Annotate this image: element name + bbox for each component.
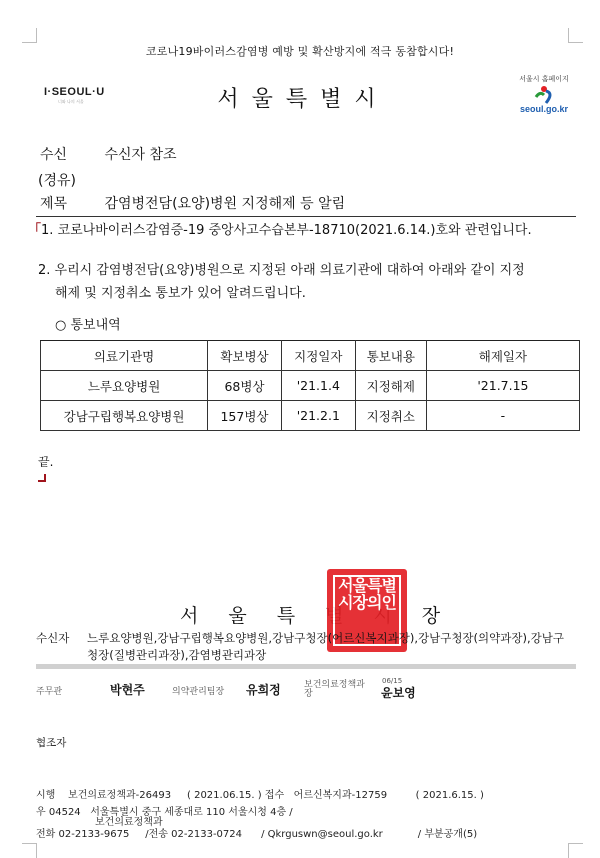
via-row: (경유) <box>38 170 76 190</box>
enforcement-line: 시행 보건의료정책과-26493 ( 2021.06.15. ) 접수 어르신복… <box>36 789 484 803</box>
reviewer-name: 유희정 <box>246 681 281 698</box>
recipient-value: 수신자 참조 <box>104 147 176 163</box>
paragraph-2-line-1: 2. 우리시 감염병전담(요양)병원으로 지정된 아래 의료기관에 대하여 아래… <box>38 260 525 282</box>
approver-name: 윤보영 <box>381 684 416 701</box>
recipients-label: 수신자 <box>36 630 87 647</box>
crop-mark-top-right <box>568 28 583 43</box>
open-bracket-mark: 「 <box>28 223 41 238</box>
table-row: 강남구립행복요양병원 157병상 '21.2.1 지정취소 - <box>41 401 580 431</box>
cell-beds: 157병상 <box>208 401 282 431</box>
crop-mark-bottom-right <box>568 843 583 858</box>
cell-notice: 지정해제 <box>355 371 426 401</box>
section-title: 통보내역 <box>70 318 120 333</box>
close-bracket-mark <box>38 474 46 482</box>
address-line: 우 04524 서울특별시 중구 세종대로 110 서울시청 4층 / <box>36 806 293 820</box>
end-marker: 끝. <box>38 453 53 470</box>
signatory-char: 서 <box>180 601 198 628</box>
col-header-notice: 통보내용 <box>355 341 426 371</box>
contact-line: 전화 02-2133-9675 /전송 02-2133-0724 / Qkrgu… <box>36 828 477 842</box>
homepage-url: seoul.go.kr <box>508 104 580 114</box>
receipt-label: 접수 <box>265 790 284 801</box>
receipt-date: ( 2021.6.15. ) <box>416 790 484 801</box>
cell-designation-date: '21.2.1 <box>281 401 355 431</box>
cell-beds: 68병상 <box>208 371 282 401</box>
recipients-value: 느루요양병원,강남구립행복요양병원,강남구청장(어르신복지과장),강남구청장(의… <box>87 630 572 664</box>
signatory-char: 특 <box>277 601 295 628</box>
approval-line: 주무관 박현주 의약관리팀장 유희정 보건의료정책과 장 06/15 윤보영 <box>36 681 576 705</box>
subject-value: 감염병전담(요양)병원 지정해제 등 알림 <box>104 196 345 212</box>
phone-number: 02-2133-9675 <box>59 829 130 840</box>
receipt-number: 어르신복지과-12759 <box>294 790 387 801</box>
enforce-label: 시행 <box>36 790 55 801</box>
email-link[interactable]: / Qkrguswn@seoul.go.kr <box>261 829 383 840</box>
table-row: 느루요양병원 68병상 '21.1.4 지정해제 '21.7.15 <box>41 371 580 401</box>
paragraph-2-line-2: 해제 및 지정취소 통보가 있어 알려드립니다. <box>55 283 306 305</box>
subject-label: 제목 <box>40 193 100 213</box>
enforce-number: 보건의료정책과-26493 <box>68 790 171 801</box>
recipient-row: 수신 수신자 참조 <box>40 144 177 164</box>
postal-label: 우 <box>36 807 46 818</box>
approval-divider <box>36 664 576 669</box>
enforce-date: ( 2021.06.15. ) <box>187 790 262 801</box>
signatory-char: 울 <box>228 601 246 628</box>
cell-designation-date: '21.1.4 <box>281 371 355 401</box>
crop-mark-bottom-left <box>22 843 37 858</box>
section-heading: ○ 통보내역 <box>55 315 121 337</box>
campaign-slogan: 코로나19바이러스감염병 예방 및 확산방지에 적극 동참합시다! <box>0 43 600 59</box>
col-header-beds: 확보병상 <box>208 341 282 371</box>
cell-release-date: '21.7.15 <box>426 371 579 401</box>
seoul-homepage-logo: 서울시 홈페이지 seoul.go.kr <box>508 74 580 114</box>
postal-code: 04524 <box>49 807 81 818</box>
paragraph-1: 「1. 코로나바이러스감염증-19 중앙사고수습본부-18710(2021.6.… <box>28 220 532 242</box>
phone-label: 전화 <box>36 829 55 840</box>
col-header-institution: 의료기관명 <box>41 341 208 371</box>
crop-mark-top-left <box>22 28 37 43</box>
subject-row: 제목 감염병전담(요양)병원 지정해제 등 알림 <box>40 193 345 213</box>
seoul-symbol-icon <box>508 84 580 104</box>
signatory-char: 장 <box>422 601 440 628</box>
signatory-title: 서울특별시장 <box>180 601 470 628</box>
disclosure-status: / 부분공개(5) <box>418 829 477 840</box>
drafter-label: 주무관 <box>36 684 62 697</box>
header-divider <box>36 216 576 217</box>
approver-label-suffix: 장 <box>304 686 313 699</box>
cooperator-label: 협조자 <box>36 735 66 750</box>
via-label: (경유) <box>38 173 76 189</box>
recipients-block: 수신자느루요양병원,강남구립행복요양병원,강남구청장(어르신복지과장),강남구청… <box>36 630 576 664</box>
cell-release-date: - <box>426 401 579 431</box>
cell-notice: 지정취소 <box>355 401 426 431</box>
table-header-row: 의료기관명 확보병상 지정일자 통보내용 해제일자 <box>41 341 580 371</box>
drafter-name: 박현주 <box>110 681 145 698</box>
notification-table: 의료기관명 확보병상 지정일자 통보내용 해제일자 느루요양병원 68병상 '2… <box>40 340 580 431</box>
recipient-label: 수신 <box>40 144 100 164</box>
paragraph-1-text: 1. 코로나바이러스감염증-19 중앙사고수습본부-18710(2021.6.1… <box>41 223 532 238</box>
col-header-release-date: 해제일자 <box>426 341 579 371</box>
col-header-designation-date: 지정일자 <box>281 341 355 371</box>
cell-institution: 느루요양병원 <box>41 371 208 401</box>
circle-bullet-icon: ○ <box>55 318 66 333</box>
homepage-caption: 서울시 홈페이지 <box>508 74 580 84</box>
cell-institution: 강남구립행복요양병원 <box>41 401 208 431</box>
approver-label: 보건의료정책과 <box>304 677 365 690</box>
fax-label: /전송 <box>145 829 168 840</box>
reviewer-label: 의약관리팀장 <box>172 684 224 697</box>
fax-number: 02-2133-0724 <box>171 829 242 840</box>
